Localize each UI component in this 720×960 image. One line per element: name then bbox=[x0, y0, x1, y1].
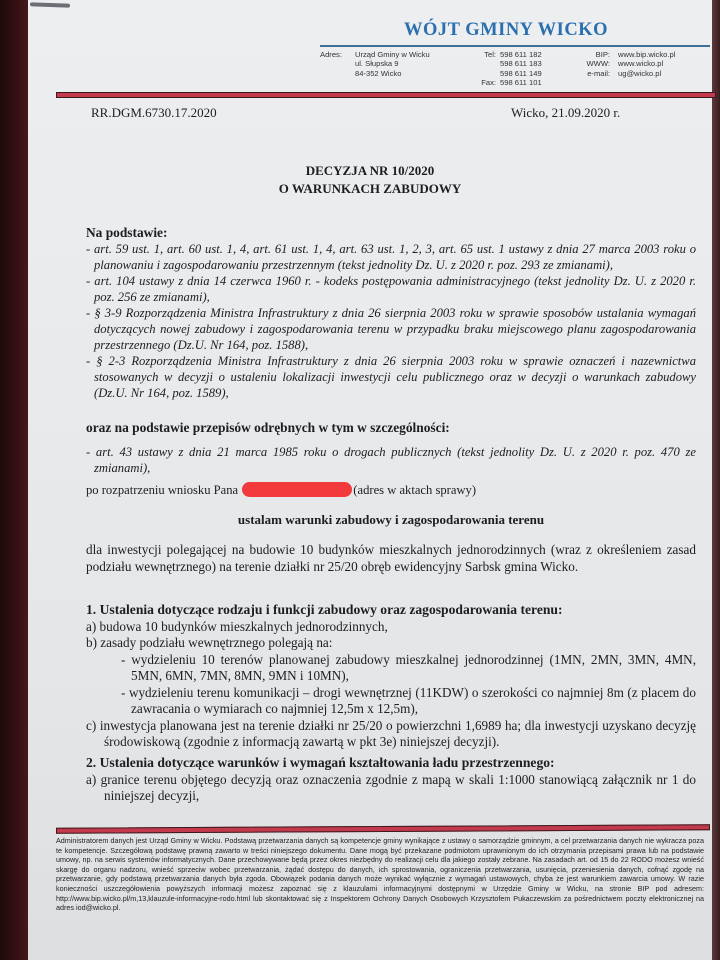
legal-basis-item: - § 2-3 Rozporządzenia Ministra Infrastr… bbox=[86, 353, 696, 401]
phone-2: 598 611 183 bbox=[500, 59, 542, 68]
fax-number: 598 611 101 bbox=[500, 78, 542, 87]
ruling: ustalam warunki zabudowy i zagospodarowa… bbox=[86, 512, 696, 528]
letterhead-title: WÓJT GMINY WICKO bbox=[404, 20, 608, 41]
phone-3: 598 611 149 bbox=[500, 69, 542, 78]
letterhead-web-labels: BIP: WWW: e-mail: bbox=[576, 50, 610, 78]
letterhead-web: www.bip.wicko.pl www.wicko.pl ug@wicko.p… bbox=[618, 50, 675, 78]
legal-basis-item: - art. 59 ust. 1, art. 60 ust. 1, 4, art… bbox=[86, 241, 696, 273]
letterhead-red-bar bbox=[56, 92, 716, 98]
legal-basis: Na podstawie: - art. 59 ust. 1, art. 60 … bbox=[86, 225, 696, 401]
separate-provisions-item: - art. 43 ustawy z dnia 21 marca 1985 ro… bbox=[86, 444, 696, 476]
separate-provisions-heading: oraz na podstawie przepisów odrębnych w … bbox=[86, 420, 696, 436]
letterhead-phones: 598 611 182 598 611 183 598 611 149 598 … bbox=[500, 50, 542, 87]
place-date: Wicko, 21.09.2020 r. bbox=[511, 105, 620, 121]
section-2-heading: 2. Ustalenia dotyczące warunków i wymaga… bbox=[86, 755, 696, 772]
investment-description: dla inwestycji polegającej na budowie 10… bbox=[86, 541, 696, 575]
legal-basis-item: - § 3-9 Rozporządzenia Ministra Infrastr… bbox=[86, 305, 696, 353]
section-1-item-a: a) budowa 10 budynków mieszkalnych jedno… bbox=[86, 619, 696, 636]
section-1: 1. Ustalenia dotyczące rodzaju i funkcji… bbox=[86, 602, 696, 751]
letterhead-address-label: Adres: bbox=[320, 50, 342, 59]
section-1-item-b-sub: - wydzieleniu terenu komunikacji – drogi… bbox=[86, 685, 696, 718]
gdpr-notice: Administratorem danych jest Urząd Gminy … bbox=[56, 836, 704, 913]
background-left-edge bbox=[0, 0, 30, 960]
email-link[interactable]: ug@wicko.pl bbox=[618, 69, 675, 78]
application-line: po rozpatrzeniu wniosku Pana (adres w ak… bbox=[86, 482, 696, 498]
section-1-item-b: b) zasady podziału wewnętrznego polegają… bbox=[86, 635, 696, 652]
separate-provisions: oraz na podstawie przepisów odrębnych w … bbox=[86, 420, 696, 476]
letterhead-address: Urząd Gminy w Wicku ul. Słupska 9 84-352… bbox=[355, 50, 430, 78]
phone-1: 598 611 182 bbox=[500, 50, 542, 59]
bip-link[interactable]: www.bip.wicko.pl bbox=[618, 50, 675, 59]
www-link[interactable]: www.wicko.pl bbox=[618, 59, 675, 68]
legal-basis-heading: Na podstawie: bbox=[86, 225, 696, 241]
section-2: 2. Ustalenia dotyczące warunków i wymaga… bbox=[86, 755, 696, 805]
redacted-applicant-name bbox=[242, 482, 352, 497]
footer-red-bar bbox=[56, 824, 710, 833]
section-2-item-a: a) granice terenu objętego decyzją oraz … bbox=[86, 772, 696, 805]
section-1-item-c: c) inwestycja planowana jest na terenie … bbox=[86, 718, 696, 751]
section-1-heading: 1. Ustalenia dotyczące rodzaju i funkcji… bbox=[86, 602, 696, 619]
letterhead-phone-labels: Tel: Fax: bbox=[472, 50, 496, 87]
document-page: WÓJT GMINY WICKO Adres: Urząd Gminy w Wi… bbox=[28, 0, 712, 960]
letterhead-rule bbox=[320, 45, 710, 47]
section-1-item-b-sub: - wydzieleniu 10 terenów planowanej zabu… bbox=[86, 652, 696, 685]
staple bbox=[30, 2, 70, 7]
legal-basis-item: - art. 104 ustawy z dnia 14 czerwca 1960… bbox=[86, 273, 696, 305]
reference-number: RR.DGM.6730.17.2020 bbox=[91, 105, 217, 121]
decision-title: DECYZJA NR 10/2020 O WARUNKACH ZABUDOWY bbox=[28, 162, 712, 198]
